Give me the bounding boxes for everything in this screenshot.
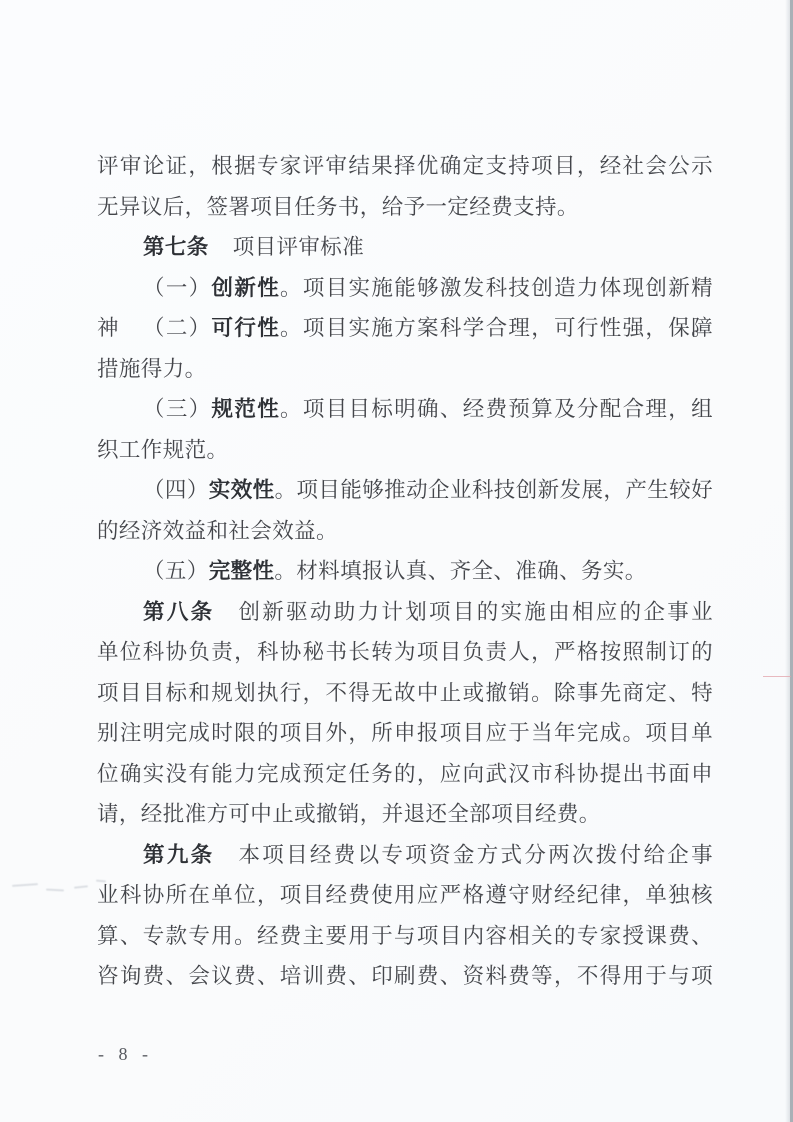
body-text-segment: 创新驱动助力计划项目的实施由相应的企事业 <box>238 600 713 624</box>
body-text-segment: 咨询费、会议费、培训费、印刷费、资料费等，不得用于与项 <box>97 964 713 988</box>
scan-artifact-smudge <box>12 883 38 887</box>
scan-artifact-smudge <box>46 889 64 892</box>
body-text-segment: 。项目目标明确、经费预算及分配合理，组 <box>280 397 713 421</box>
page-number: - 8 - <box>98 1044 153 1065</box>
text-line: 无异议后，签署项目任务书，给予一定经费支持。 <box>97 187 713 228</box>
text-line: （二）可行性。项目实施方案科学合理，可行性强，保障 <box>97 308 713 349</box>
bold-text-segment: 第八条 <box>143 600 214 624</box>
body-text-segment: 本项目经费以专项资金方式分两次拨付给企事 <box>238 843 713 867</box>
body-text-segment: （四） <box>143 478 209 502</box>
body-text-segment: 。项目能够推动企业科技创新发展，产生较好 <box>275 478 713 502</box>
scan-artifact-pink-tick <box>763 676 791 677</box>
bold-text-segment: 创新性 <box>212 276 281 300</box>
body-text-segment: 织工作规范。 <box>97 438 228 462</box>
body-text-segment: 单位科协负责，科协秘书长转为项目负责人，严格按照制订的 <box>97 640 713 664</box>
text-line: 项目目标和规划执行，不得无故中止或撤销。除事先商定、特 <box>97 673 713 714</box>
body-text-segment: 项目评审标准 <box>233 235 364 259</box>
text-line: 的经济效益和社会效益。 <box>97 511 713 552</box>
body-text-segment: 业科协所在单位，项目经费使用应严格遵守财经纪律，单独核 <box>97 883 713 907</box>
text-line: 措施得力。 <box>97 349 713 390</box>
body-text-segment: 项目目标和规划执行，不得无故中止或撤销。除事先商定、特 <box>97 681 713 705</box>
text-line: 别注明完成时限的项目外，所申报项目应于当年完成。项目单 <box>97 713 713 754</box>
bold-text-segment: 第九条 <box>143 843 214 867</box>
text-line: 咨询费、会议费、培训费、印刷费、资料费等，不得用于与项 <box>97 956 713 997</box>
document-page: 评审论证，根据专家评审结果择优确定支持项目，经社会公示无异议后，签署项目任务书，… <box>0 0 793 1122</box>
text-line: 位确实没有能力完成预定任务的，应向武汉市科协提出书面申 <box>97 754 713 795</box>
body-text-segment: 的经济效益和社会效益。 <box>97 519 338 543</box>
body-text-segment: 无异议后，签署项目任务书，给予一定经费支持。 <box>97 195 579 219</box>
text-line: 第八条创新驱动助力计划项目的实施由相应的企事业 <box>97 592 713 633</box>
body-text-segment: （三） <box>143 397 212 421</box>
body-text-segment: 别注明完成时限的项目外，所申报项目应于当年完成。项目单 <box>97 721 713 745</box>
text-line: 织工作规范。 <box>97 430 713 471</box>
body-text-segment: 措施得力。 <box>97 357 207 381</box>
body-text-segment: 。项目实施方案科学合理，可行性强，保障 <box>280 316 713 340</box>
bold-text-segment: 实效性 <box>209 478 275 502</box>
bold-text-segment: 第七条 <box>143 235 209 259</box>
body-text-segment: 评审论证，根据专家评审结果择优确定支持项目，经社会公示 <box>97 154 713 178</box>
body-text-segment: 。材料填报认真、齐全、准确、务实。 <box>274 559 646 583</box>
text-line: （五）完整性。材料填报认真、齐全、准确、务实。 <box>97 551 713 592</box>
body-text-segment: 算、专款专用。经费主要用于与项目内容相关的专家授课费、 <box>97 924 713 948</box>
text-line: 请，经批准方可中止或撤销，并退还全部项目经费。 <box>97 794 713 835</box>
text-line: （一）创新性。项目实施能够激发科技创造力体现创新精神。 <box>97 268 713 309</box>
body-text-segment: （一） <box>143 276 212 300</box>
text-line: 算、专款专用。经费主要用于与项目内容相关的专家授课费、 <box>97 916 713 957</box>
text-line: （四）实效性。项目能够推动企业科技创新发展，产生较好 <box>97 470 713 511</box>
text-line: 单位科协负责，科协秘书长转为项目负责人，严格按照制订的 <box>97 632 713 673</box>
body-text-segment: 位确实没有能力完成预定任务的，应向武汉市科协提出书面申 <box>97 762 713 786</box>
scan-artifact-smudge <box>74 885 88 888</box>
body-text-segment: （二） <box>143 316 212 340</box>
text-line: 第九条本项目经费以专项资金方式分两次拨付给企事 <box>97 835 713 876</box>
text-line: 业科协所在单位，项目经费使用应严格遵守财经纪律，单独核 <box>97 875 713 916</box>
bold-text-segment: 规范性 <box>212 397 281 421</box>
body-text-segment: （五） <box>143 559 209 583</box>
body-text-segment: 请，经批准方可中止或撤销，并退还全部项目经费。 <box>97 802 601 826</box>
text-line: （三）规范性。项目目标明确、经费预算及分配合理，组 <box>97 389 713 430</box>
text-line: 第七条项目评审标准 <box>97 227 713 268</box>
bold-text-segment: 可行性 <box>212 316 281 340</box>
bold-text-segment: 完整性 <box>209 559 275 583</box>
text-block: 评审论证，根据专家评审结果择优确定支持项目，经社会公示无异议后，签署项目任务书，… <box>97 146 713 997</box>
text-line: 评审论证，根据专家评审结果择优确定支持项目，经社会公示 <box>97 146 713 187</box>
